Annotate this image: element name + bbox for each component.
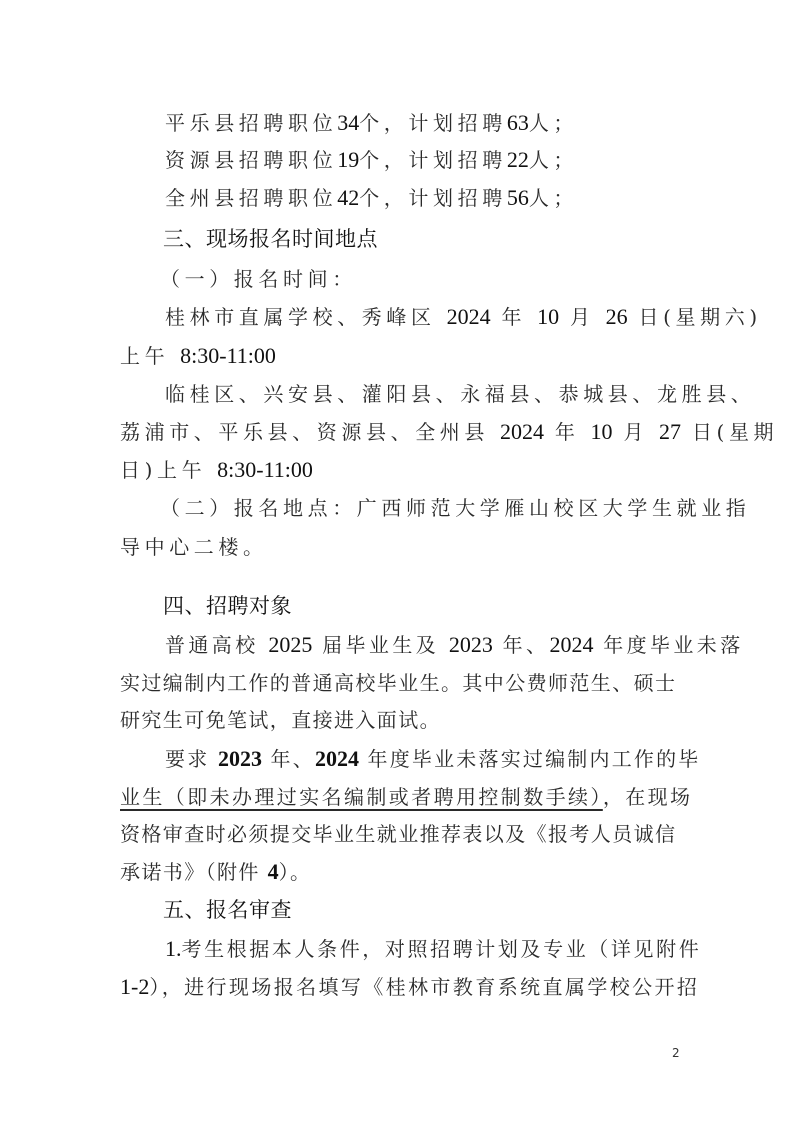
positions-count: 34 (337, 110, 359, 135)
text: 上午 (120, 344, 180, 368)
text: 日(星期六) (628, 305, 762, 329)
county-line-ziyuan: 资源县招聘职位19个，计划招聘22人； (165, 147, 578, 173)
text: 年、 (493, 633, 550, 657)
text: 年 (544, 420, 591, 444)
positions-count: 19 (337, 147, 359, 172)
text: 要求 (165, 747, 218, 771)
text: 日(星期 (681, 420, 778, 444)
unit-label: 人； (529, 148, 578, 172)
text: 考生根据本人条件，对照招聘计划及专业（详见附件 (182, 937, 702, 961)
year: 2024 (315, 746, 359, 771)
county-label: 全州县招聘职位 (165, 186, 337, 210)
county-label: 平乐县招聘职位 (165, 111, 337, 135)
sub-heading-registration-time: （一）报名时间： (160, 266, 357, 292)
plan-label: 个，计划招聘 (359, 186, 507, 210)
year: 2025 (268, 632, 312, 657)
requirement-paragraph-line-1: 要求 2023 年、2024 年度毕业未落实过编制内工作的毕 (165, 746, 701, 772)
targets-paragraph-line-3: 研究生可免笔试，直接进入面试。 (120, 707, 441, 733)
underlined-clarification: 业生（即未办理过实名编制或者聘用控制数手续） (120, 785, 603, 809)
text: 桂林市直属学校、秀峰区 (165, 305, 447, 329)
text: 年 (491, 305, 538, 329)
hires-count: 63 (507, 110, 529, 135)
hires-count: 22 (507, 147, 529, 172)
section-heading-registration-review: 五、报名审查 (163, 897, 292, 923)
year: 2024 (500, 419, 544, 444)
text: 普通高校 (165, 633, 268, 657)
plan-label: 个，计划招聘 (359, 148, 507, 172)
text: 日)上午 (120, 458, 217, 482)
day: 26 (606, 304, 628, 329)
text: 月 (612, 420, 659, 444)
unit-label: 人； (529, 186, 578, 210)
year: 2024 (549, 632, 593, 657)
text: 年、 (262, 747, 315, 771)
page-number: 2 (672, 1046, 680, 1060)
county-line-pingle: 平乐县招聘职位34个，计划招聘63人； (165, 110, 578, 136)
text: 承诺书》（附件 (120, 860, 268, 884)
attachment-number: 1-2 (120, 974, 149, 999)
year: 2024 (447, 304, 491, 329)
text: 荔浦市、平乐县、资源县、全州县 (120, 420, 500, 444)
year: 2023 (449, 632, 493, 657)
schedule-line-counties-2: 荔浦市、平乐县、资源县、全州县 2024 年 10 月 27 日(星期 (120, 419, 778, 445)
registration-place-line-2: 导中心二楼。 (120, 534, 268, 560)
requirement-paragraph-line-3: 资格审查时必须提交毕业生就业推荐表以及《报考人员诚信 (120, 821, 676, 847)
plan-label: 个，计划招聘 (359, 111, 507, 135)
hires-count: 56 (507, 185, 529, 210)
attachment-number: 4 (268, 859, 279, 884)
targets-paragraph-line-2: 实过编制内工作的普通高校毕业生。其中公费师范生、硕士 (120, 670, 676, 696)
time-range: 8:30-11:00 (217, 457, 313, 482)
text: ）。 (279, 860, 312, 884)
schedule-line-city-schools: 桂林市直属学校、秀峰区 2024 年 10 月 26 日(星期六) (165, 304, 762, 330)
day: 27 (659, 419, 681, 444)
requirement-paragraph-line-4: 承诺书》（附件 4）。 (120, 859, 311, 885)
text: 届毕业生及 (312, 633, 449, 657)
registration-place-line-1: （二）报名地点：广西师范大学雁山校区大学生就业指 (160, 495, 750, 521)
section-heading-recruitment-targets: 四、招聘对象 (163, 593, 292, 619)
review-item-1-line-1: 1.考生根据本人条件，对照招聘计划及专业（详见附件 (165, 936, 701, 962)
review-item-1-line-2: 1-2），进行现场报名填写《桂林市教育系统直属学校公开招 (120, 974, 699, 1000)
county-line-quanzhou: 全州县招聘职位42个，计划招聘56人； (165, 185, 578, 211)
positions-count: 42 (337, 185, 359, 210)
section-heading-registration-time-place: 三、现场报名时间地点 (163, 226, 378, 252)
schedule-line-counties-1: 临桂区、兴安县、灌阳县、永福县、恭城县、龙胜县、 (165, 381, 755, 407)
year: 2023 (218, 746, 262, 771)
text: 年度毕业未落 (593, 633, 743, 657)
month: 10 (590, 419, 612, 444)
schedule-line-city-schools-time: 上午 8:30-11:00 (120, 343, 276, 369)
month: 10 (537, 304, 559, 329)
time-range: 8:30-11:00 (180, 343, 276, 368)
text: ，在现场 (603, 785, 693, 809)
item-number: 1. (165, 936, 182, 961)
county-label: 资源县招聘职位 (165, 148, 337, 172)
text: 年度毕业未落实过编制内工作的毕 (359, 747, 701, 771)
requirement-paragraph-line-2: 业生（即未办理过实名编制或者聘用控制数手续），在现场 (120, 784, 692, 810)
unit-label: 人； (529, 111, 578, 135)
schedule-line-counties-time: 日)上午 8:30-11:00 (120, 457, 313, 483)
text: ），进行现场报名填写《桂林市教育系统直属学校公开招 (149, 975, 699, 999)
targets-paragraph-line-1: 普通高校 2025 届毕业生及 2023 年、2024 年度毕业未落 (165, 632, 744, 658)
text: 月 (559, 305, 606, 329)
